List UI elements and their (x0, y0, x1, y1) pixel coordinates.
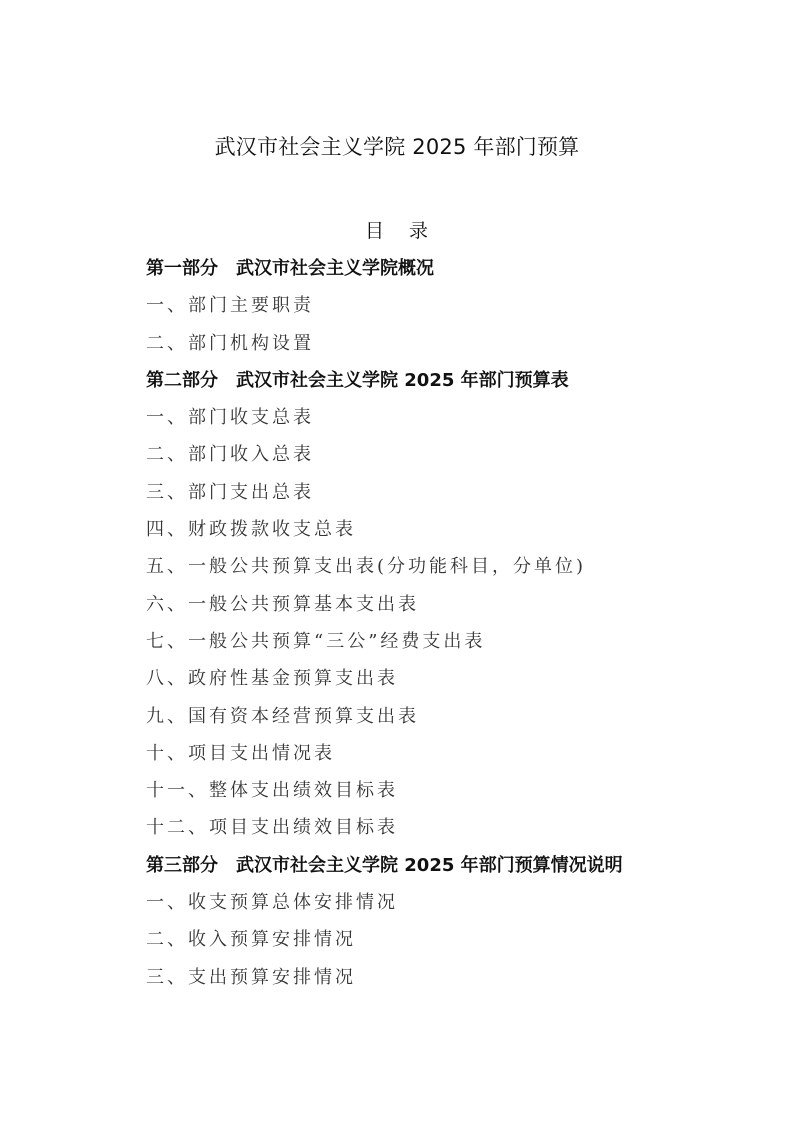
toc-item[interactable]: 一、收支预算总体安排情况 (146, 889, 746, 926)
toc-item[interactable]: 十二、项目支出绩效目标表 (146, 814, 746, 851)
toc-item[interactable]: 八、政府性基金预算支出表 (146, 665, 746, 702)
toc-part-2[interactable]: 第二部分武汉市社会主义学院 2025 年部门预算表 (146, 367, 746, 404)
toc-item[interactable]: 二、部门收入总表 (146, 441, 746, 478)
document-page: 武汉市社会主义学院 2025 年部门预算 目录 第一部分武汉市社会主义学院概况 … (0, 0, 794, 1122)
toc-part-label: 第二部分 (146, 367, 218, 395)
toc-heading: 目录 (0, 217, 794, 245)
toc-part-label: 第一部分 (146, 255, 218, 283)
toc-item[interactable]: 六、一般公共预算基本支出表 (146, 591, 746, 628)
toc-part-label: 第三部分 (146, 852, 218, 880)
table-of-contents: 第一部分武汉市社会主义学院概况 一、部门主要职责 二、部门机构设置 第二部分武汉… (146, 255, 746, 1001)
toc-part-title: 武汉市社会主义学院 2025 年部门预算情况说明 (236, 855, 623, 876)
toc-item[interactable]: 一、部门收支总表 (146, 404, 746, 441)
toc-item[interactable]: 九、国有资本经营预算支出表 (146, 703, 746, 740)
toc-item[interactable]: 一、部门主要职责 (146, 292, 746, 329)
toc-heading-left: 目 (365, 220, 385, 242)
toc-part-title: 武汉市社会主义学院 2025 年部门预算表 (236, 370, 569, 391)
toc-item[interactable]: 二、收入预算安排情况 (146, 926, 746, 963)
toc-heading-right: 录 (409, 220, 429, 242)
toc-item[interactable]: 七、一般公共预算“三公”经费支出表 (146, 628, 746, 665)
toc-item[interactable]: 二、部门机构设置 (146, 330, 746, 367)
toc-part-1[interactable]: 第一部分武汉市社会主义学院概况 (146, 255, 746, 292)
toc-item[interactable]: 五、一般公共预算支出表(分功能科目，分单位) (146, 553, 746, 590)
toc-item[interactable]: 三、部门支出总表 (146, 479, 746, 516)
toc-item[interactable]: 三、支出预算安排情况 (146, 964, 746, 1001)
toc-item[interactable]: 十一、整体支出绩效目标表 (146, 777, 746, 814)
toc-item[interactable]: 十、项目支出情况表 (146, 740, 746, 777)
toc-part-title: 武汉市社会主义学院概况 (236, 258, 434, 279)
document-title: 武汉市社会主义学院 2025 年部门预算 (0, 132, 794, 162)
toc-item[interactable]: 四、财政拨款收支总表 (146, 516, 746, 553)
toc-part-3[interactable]: 第三部分武汉市社会主义学院 2025 年部门预算情况说明 (146, 852, 746, 889)
